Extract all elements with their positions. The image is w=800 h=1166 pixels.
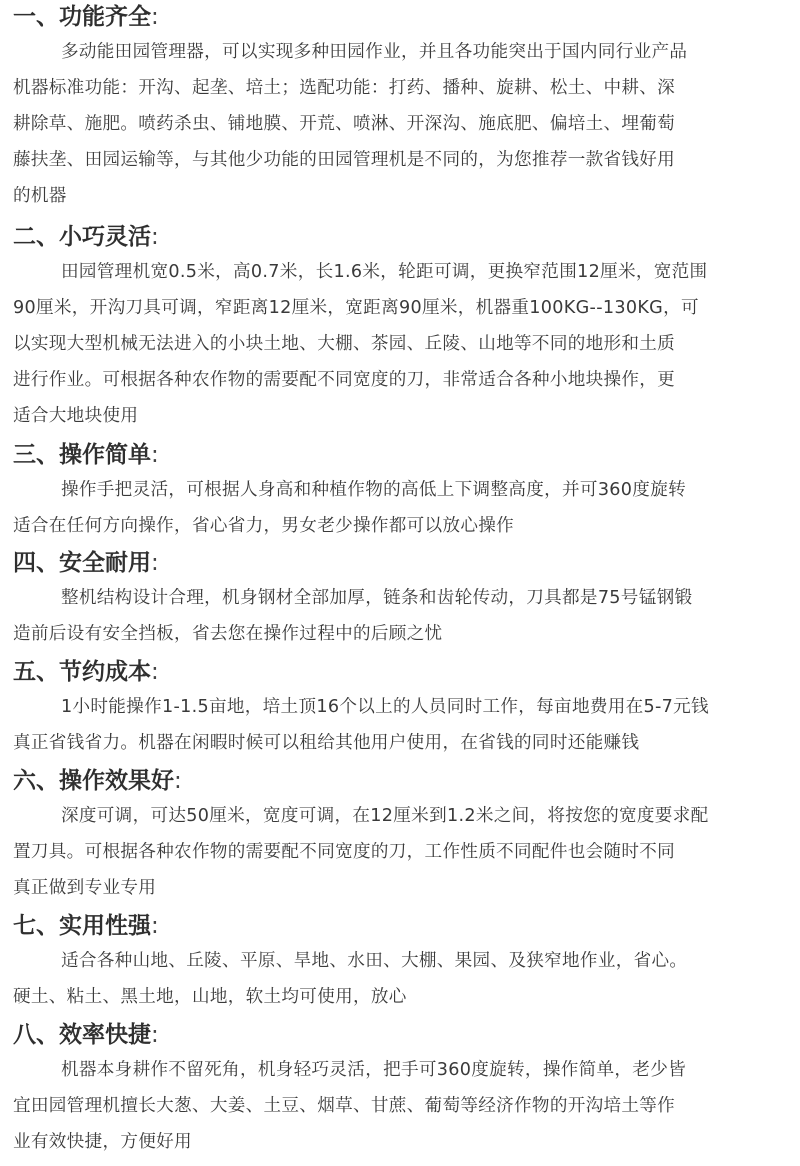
- section-heading: 六、操作效果好:: [13, 766, 182, 796]
- body-line: 操作手把灵活，可根据人身高和种植作物的高低上下调整高度，并可360度旋转: [61, 472, 686, 508]
- body-line: 置刀具。可根据各种农作物的需要配不同宽度的刀，工作性质不同配件也会随时不同: [13, 834, 675, 870]
- body-line: 以实现大型机械无法进入的小块土地、大棚、茶园、丘陵、山地等不同的地形和土质: [13, 326, 675, 362]
- heading-text: 五、节约成本: [13, 659, 151, 685]
- heading-colon: :: [174, 768, 182, 794]
- body-line: 机器标准功能：开沟、起垄、培土；选配功能：打药、播种、旋耕、松土、中耕、深: [13, 70, 675, 106]
- body-line: 整机结构设计合理，机身钢材全部加厚，链条和齿轮传动，刀具都是75号锰钢锻: [61, 580, 692, 616]
- heading-colon: :: [151, 224, 159, 250]
- heading-text: 八、效率快捷: [13, 1022, 151, 1048]
- body-line: 田园管理机宽0.5米，高0.7米，长1.6米，轮距可调，更换窄范围12厘米，宽范…: [61, 254, 707, 290]
- section-heading: 四、安全耐用:: [13, 548, 159, 578]
- heading-text: 二、小巧灵活: [13, 224, 151, 250]
- heading-text: 六、操作效果好: [13, 768, 174, 794]
- heading-colon: :: [151, 550, 159, 576]
- section-heading: 三、操作简单:: [13, 440, 159, 470]
- body-line: 进行作业。可根据各种农作物的需要配不同宽度的刀，非常适合各种小地块操作，更: [13, 362, 675, 398]
- heading-text: 一、功能齐全: [13, 4, 151, 30]
- body-line: 1小时能操作1-1.5亩地，培土顶16个以上的人员同时工作，每亩地费用在5-7元…: [61, 689, 709, 725]
- heading-colon: :: [151, 1022, 159, 1048]
- heading-text: 四、安全耐用: [13, 550, 151, 576]
- section-heading: 七、实用性强:: [13, 911, 159, 941]
- body-line: 多动能田园管理器，可以实现多种田园作业，并且各功能突出于国内同行业产品: [61, 34, 687, 70]
- section-heading: 八、效率快捷:: [13, 1020, 159, 1050]
- body-line: 宜田园管理机擅长大葱、大姜、土豆、烟草、甘蔗、葡萄等经济作物的开沟培土等作: [13, 1088, 675, 1124]
- body-line: 硬土、粘土、黑土地，山地，软土均可使用，放心: [13, 979, 407, 1015]
- body-line: 适合各种山地、丘陵、平原、旱地、水田、大棚、果园、及狭窄地作业，省心。: [61, 943, 687, 979]
- body-line: 造前后设有安全挡板，省去您在操作过程中的后顾之忧: [13, 616, 442, 652]
- heading-colon: :: [151, 913, 159, 939]
- body-line: 机器本身耕作不留死角，机身轻巧灵活，把手可360度旋转，操作简单，老少皆: [61, 1052, 686, 1088]
- section-heading: 二、小巧灵活:: [13, 222, 159, 252]
- body-line: 90厘米，开沟刀具可调，窄距离12厘米，宽距离90厘米，机器重100KG--13…: [13, 290, 699, 326]
- body-line: 业有效快捷，方便好用: [13, 1124, 192, 1160]
- body-line: 真正做到专业专用: [13, 870, 156, 906]
- section-heading: 一、功能齐全:: [13, 2, 159, 32]
- body-line: 真正省钱省力。机器在闲暇时候可以租给其他用户使用，在省钱的同时还能赚钱: [13, 725, 639, 761]
- body-line: 适合大地块使用: [13, 398, 138, 434]
- body-line: 深度可调，可达50厘米，宽度可调，在12厘米到1.2米之间，将按您的宽度要求配: [61, 798, 708, 834]
- body-line: 藤扶垄、田园运输等，与其他少功能的田园管理机是不同的，为您推荐一款省钱好用: [13, 142, 675, 178]
- body-line: 耕除草、施肥。喷药杀虫、铺地膜、开荒、喷淋、开深沟、施底肥、偏培土、埋葡萄: [13, 106, 675, 142]
- body-line: 的机器: [13, 178, 67, 214]
- heading-colon: :: [151, 4, 159, 30]
- heading-colon: :: [151, 442, 159, 468]
- section-heading: 五、节约成本:: [13, 657, 159, 687]
- product-feature-document: 一、功能齐全: 多动能田园管理器，可以实现多种田园作业，并且各功能突出于国内同行…: [0, 0, 800, 1166]
- heading-text: 三、操作简单: [13, 442, 151, 468]
- heading-text: 七、实用性强: [13, 913, 151, 939]
- heading-colon: :: [151, 659, 159, 685]
- body-line: 适合在任何方向操作，省心省力，男女老少操作都可以放心操作: [13, 508, 514, 544]
